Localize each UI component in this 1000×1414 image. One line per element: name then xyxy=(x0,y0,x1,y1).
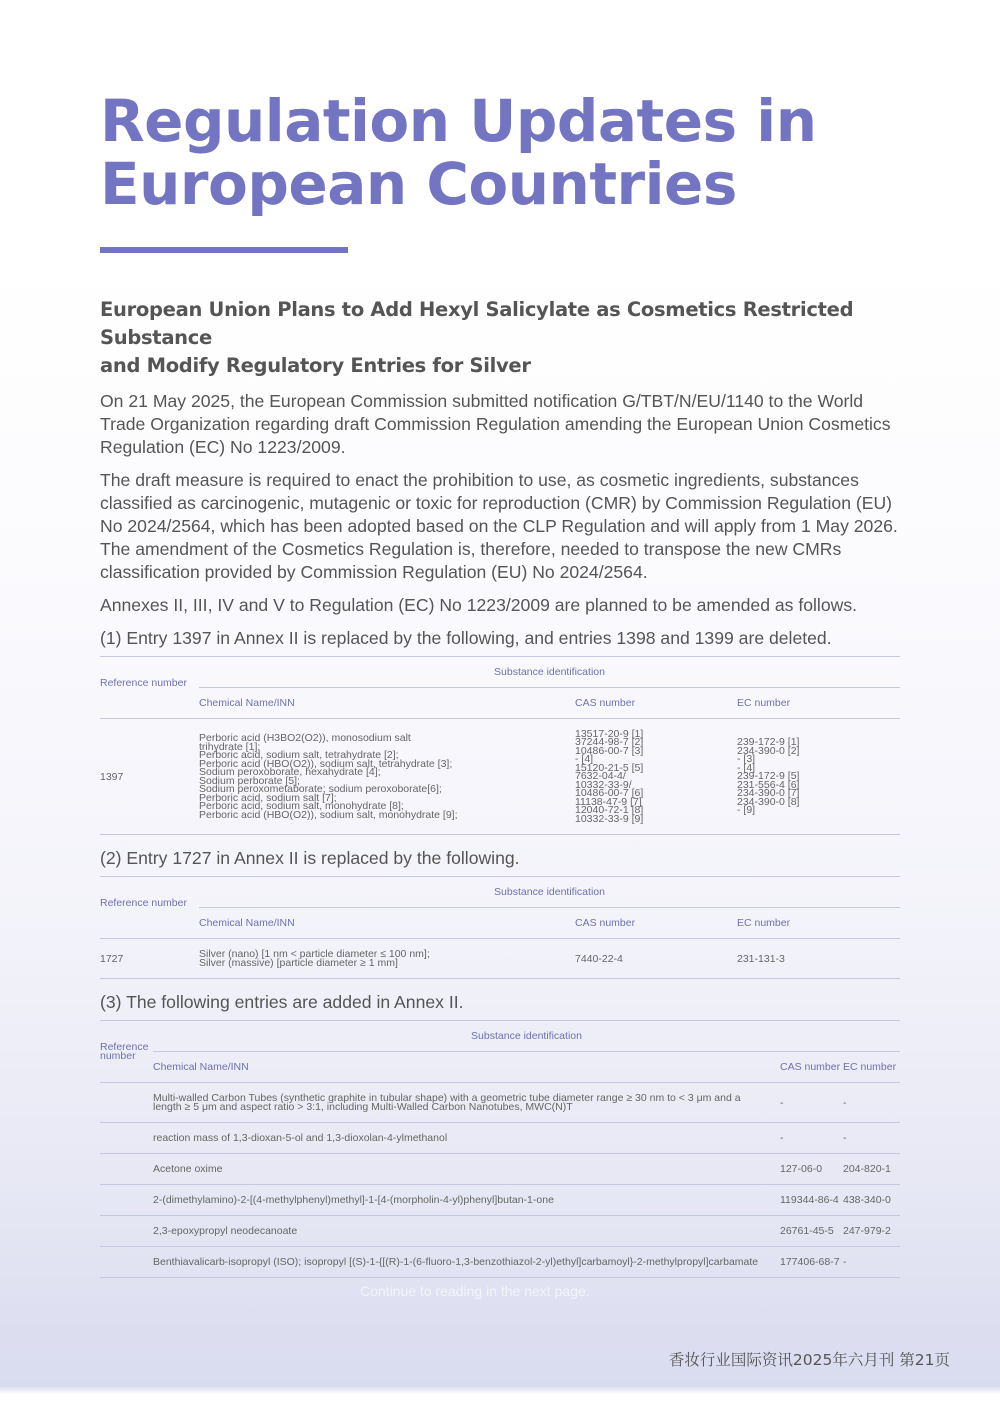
reference-number-header: Reference number xyxy=(100,877,199,939)
chemical-name: Acetone oxime xyxy=(153,1154,780,1185)
reference-number xyxy=(100,1185,153,1216)
paragraph: The draft measure is required to enact t… xyxy=(100,469,900,584)
reference-number: 1727 xyxy=(100,939,199,979)
ec-number: - xyxy=(843,1123,900,1154)
chemical-name-header: Chemical Name/INN xyxy=(153,1052,780,1083)
reference-number xyxy=(100,1216,153,1247)
reference-number-header: Reference number xyxy=(100,657,199,719)
table-entry-1397: Reference number Substance identificatio… xyxy=(100,656,900,835)
table-row: 1727 Silver (nano) [1 nm < particle diam… xyxy=(100,939,900,979)
cas-number: 7440-22-4 xyxy=(575,939,737,979)
reference-number xyxy=(100,1123,153,1154)
paragraph: On 21 May 2025, the European Commission … xyxy=(100,390,900,459)
entry-3-intro: (3) The following entries are added in A… xyxy=(100,991,900,1014)
ec-numbers: 239-172-9 [1]234-390-0 [2]- [3]- [4]239-… xyxy=(737,719,900,835)
cas-number: 26761-45-5 xyxy=(780,1216,843,1247)
cas-number: - xyxy=(780,1083,843,1123)
table-row: 2-(dimethylamino)-2-[(4-methylphenyl)met… xyxy=(100,1185,900,1216)
cas-number: - xyxy=(780,1123,843,1154)
cas-numbers: 13517-20-9 [1]37244-98-7 [2]10486-00-7 [… xyxy=(575,719,737,835)
article-headline: European Union Plans to Add Hexyl Salicy… xyxy=(100,296,900,380)
chemical-name: 2-(dimethylamino)-2-[(4-methylphenyl)met… xyxy=(153,1185,780,1216)
ec-number-line: 234-390-0 [8] xyxy=(737,798,900,807)
table-row: 1397 Perboric acid (H3BO2(O2)), monosodi… xyxy=(100,719,900,835)
reference-number-header: Reference number xyxy=(100,1021,153,1083)
title-line-2: European Countries xyxy=(100,150,737,218)
ec-number-header: EC number xyxy=(737,908,900,939)
table-entry-1727: Reference number Substance identificatio… xyxy=(100,876,900,979)
headline-line-2: and Modify Regulatory Entries for Silver xyxy=(100,354,531,377)
reference-number xyxy=(100,1083,153,1123)
entry-1-intro: (1) Entry 1397 in Annex II is replaced b… xyxy=(100,627,900,650)
substance-identification-header: Substance identification xyxy=(199,877,900,908)
ec-number: 438-340-0 xyxy=(843,1185,900,1216)
ec-number: 204-820-1 xyxy=(843,1154,900,1185)
chemical-name: reaction mass of 1,3-dioxan-5-ol and 1,3… xyxy=(153,1123,780,1154)
cas-number-header: CAS number xyxy=(575,688,737,719)
chemical-name-header: Chemical Name/INN xyxy=(199,688,575,719)
title-line-1: Regulation Updates in xyxy=(100,87,816,155)
headline-line-1: European Union Plans to Add Hexyl Salicy… xyxy=(100,298,853,349)
article: European Union Plans to Add Hexyl Salicy… xyxy=(100,296,900,1290)
ec-number: - xyxy=(843,1247,900,1278)
cas-number-header: CAS number xyxy=(575,908,737,939)
table-row: Benthiavalicarb-isopropyl (ISO); isoprop… xyxy=(100,1247,900,1278)
chemical-name: Multi-walled Carbon Tubes (synthetic gra… xyxy=(153,1083,780,1123)
paragraph: Annexes II, III, IV and V to Regulation … xyxy=(100,594,900,617)
reference-number: 1397 xyxy=(100,719,199,835)
chemical-name: 2,3-epoxypropyl neodecanoate xyxy=(153,1216,780,1247)
cas-number-header: CAS number xyxy=(780,1052,843,1083)
ec-number-line: 234-390-0 [2] xyxy=(737,747,900,756)
table-annex-ii-additions: Reference number Substance identificatio… xyxy=(100,1020,900,1278)
table-row: Acetone oxime127-06-0204-820-1 xyxy=(100,1154,900,1185)
ec-number: - xyxy=(843,1083,900,1123)
page-number-label: 香妆行业国际资讯2025年六月刊 第21页 xyxy=(669,1348,950,1370)
cas-number-line: 10332-33-9 [9] xyxy=(575,815,737,824)
cas-number: 177406-68-7 xyxy=(780,1247,843,1278)
continue-note: Continue to reading in the next page. xyxy=(360,1283,590,1299)
chemical-name: Benthiavalicarb-isopropyl (ISO); isoprop… xyxy=(153,1247,780,1278)
cas-number-line: 10486-00-7 [3] xyxy=(575,747,737,756)
ec-number: 247-979-2 xyxy=(843,1216,900,1247)
table-row: reaction mass of 1,3-dioxan-5-ol and 1,3… xyxy=(100,1123,900,1154)
ec-number: 231-131-3 xyxy=(737,939,900,979)
table-row: 2,3-epoxypropyl neodecanoate26761-45-524… xyxy=(100,1216,900,1247)
cas-number: 119344-86-4 xyxy=(780,1185,843,1216)
substance-identification-header: Substance identification xyxy=(199,657,900,688)
chemical-name-line: Silver (massive) [particle diameter ≥ 1 … xyxy=(199,959,575,968)
substance-identification-header: Substance identification xyxy=(153,1021,900,1052)
ec-number-header: EC number xyxy=(843,1052,900,1083)
table-row: Multi-walled Carbon Tubes (synthetic gra… xyxy=(100,1083,900,1123)
chemical-names: Perboric acid (H3BO2(O2)), monosodium sa… xyxy=(199,719,575,835)
title-underline xyxy=(100,247,348,253)
chemical-name-line: Perboric acid (HBO(O2)), sodium salt, mo… xyxy=(199,811,575,820)
chemical-names: Silver (nano) [1 nm < particle diameter … xyxy=(199,939,575,979)
chemical-name-header: Chemical Name/INN xyxy=(199,908,575,939)
entry-2-intro: (2) Entry 1727 in Annex II is replaced b… xyxy=(100,847,900,870)
reference-number xyxy=(100,1247,153,1278)
page-title: Regulation Updates in European Countries xyxy=(100,90,816,216)
ec-number-header: EC number xyxy=(737,688,900,719)
reference-number xyxy=(100,1154,153,1185)
cas-number: 127-06-0 xyxy=(780,1154,843,1185)
